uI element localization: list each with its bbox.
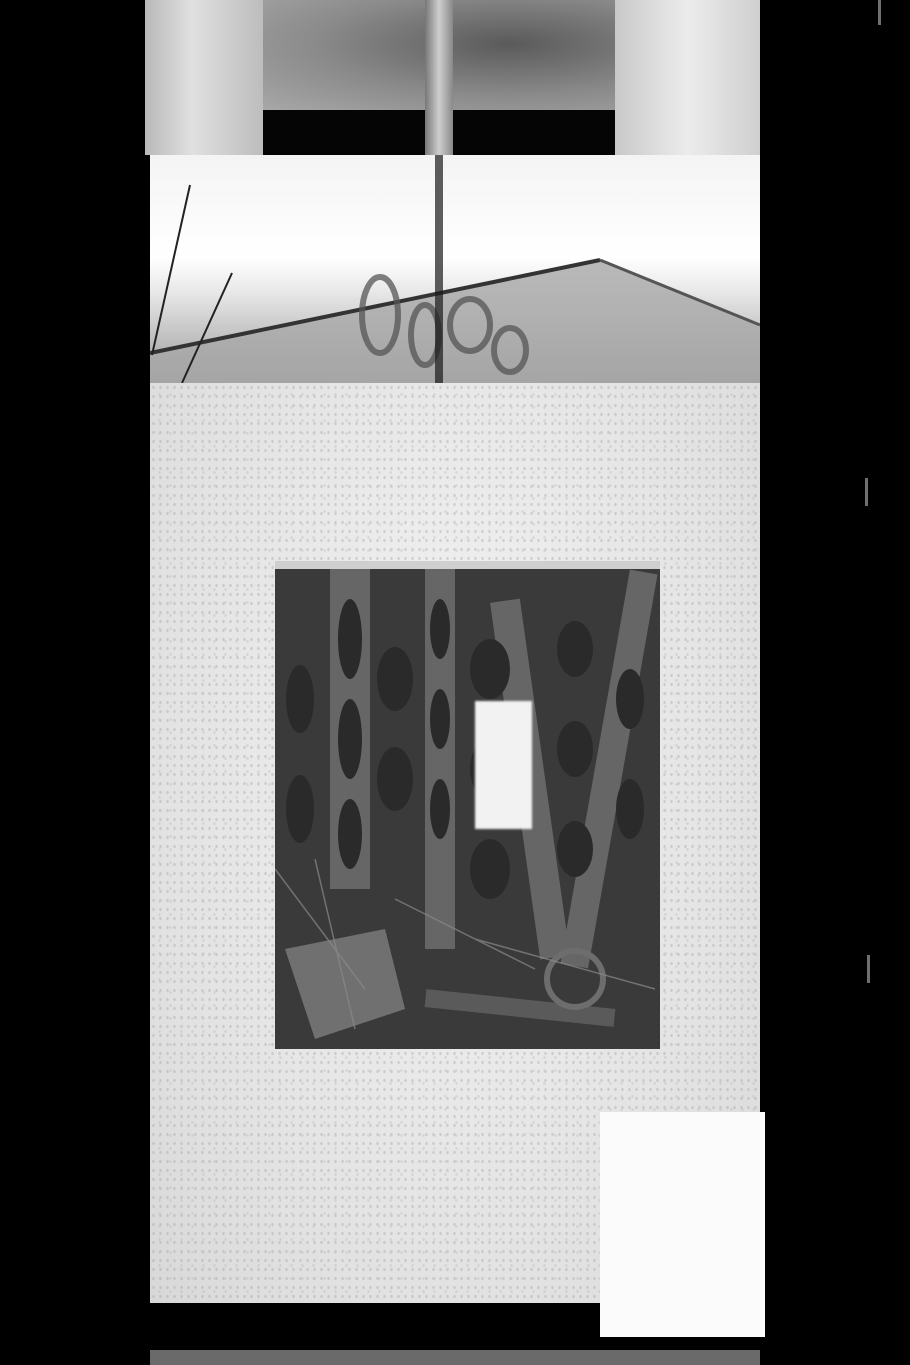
wooden-post — [425, 0, 453, 155]
light-leak-rectangle — [475, 701, 532, 829]
film-edge-mark — [867, 955, 870, 983]
sky-roof-exposure — [150, 155, 760, 383]
film-edge-mark — [878, 0, 881, 25]
perforated-mesh — [275, 569, 660, 1049]
wall-opening-with-mesh — [275, 561, 660, 1049]
right-concrete-pillar — [615, 0, 760, 155]
overexposed-corner — [600, 1112, 765, 1337]
film-edge-mark — [865, 478, 868, 506]
roof-and-mesh-overlay — [150, 155, 760, 383]
top-exposure-pillars — [145, 0, 760, 155]
next-frame-edge — [150, 1350, 760, 1365]
left-concrete-pillar — [145, 0, 263, 155]
